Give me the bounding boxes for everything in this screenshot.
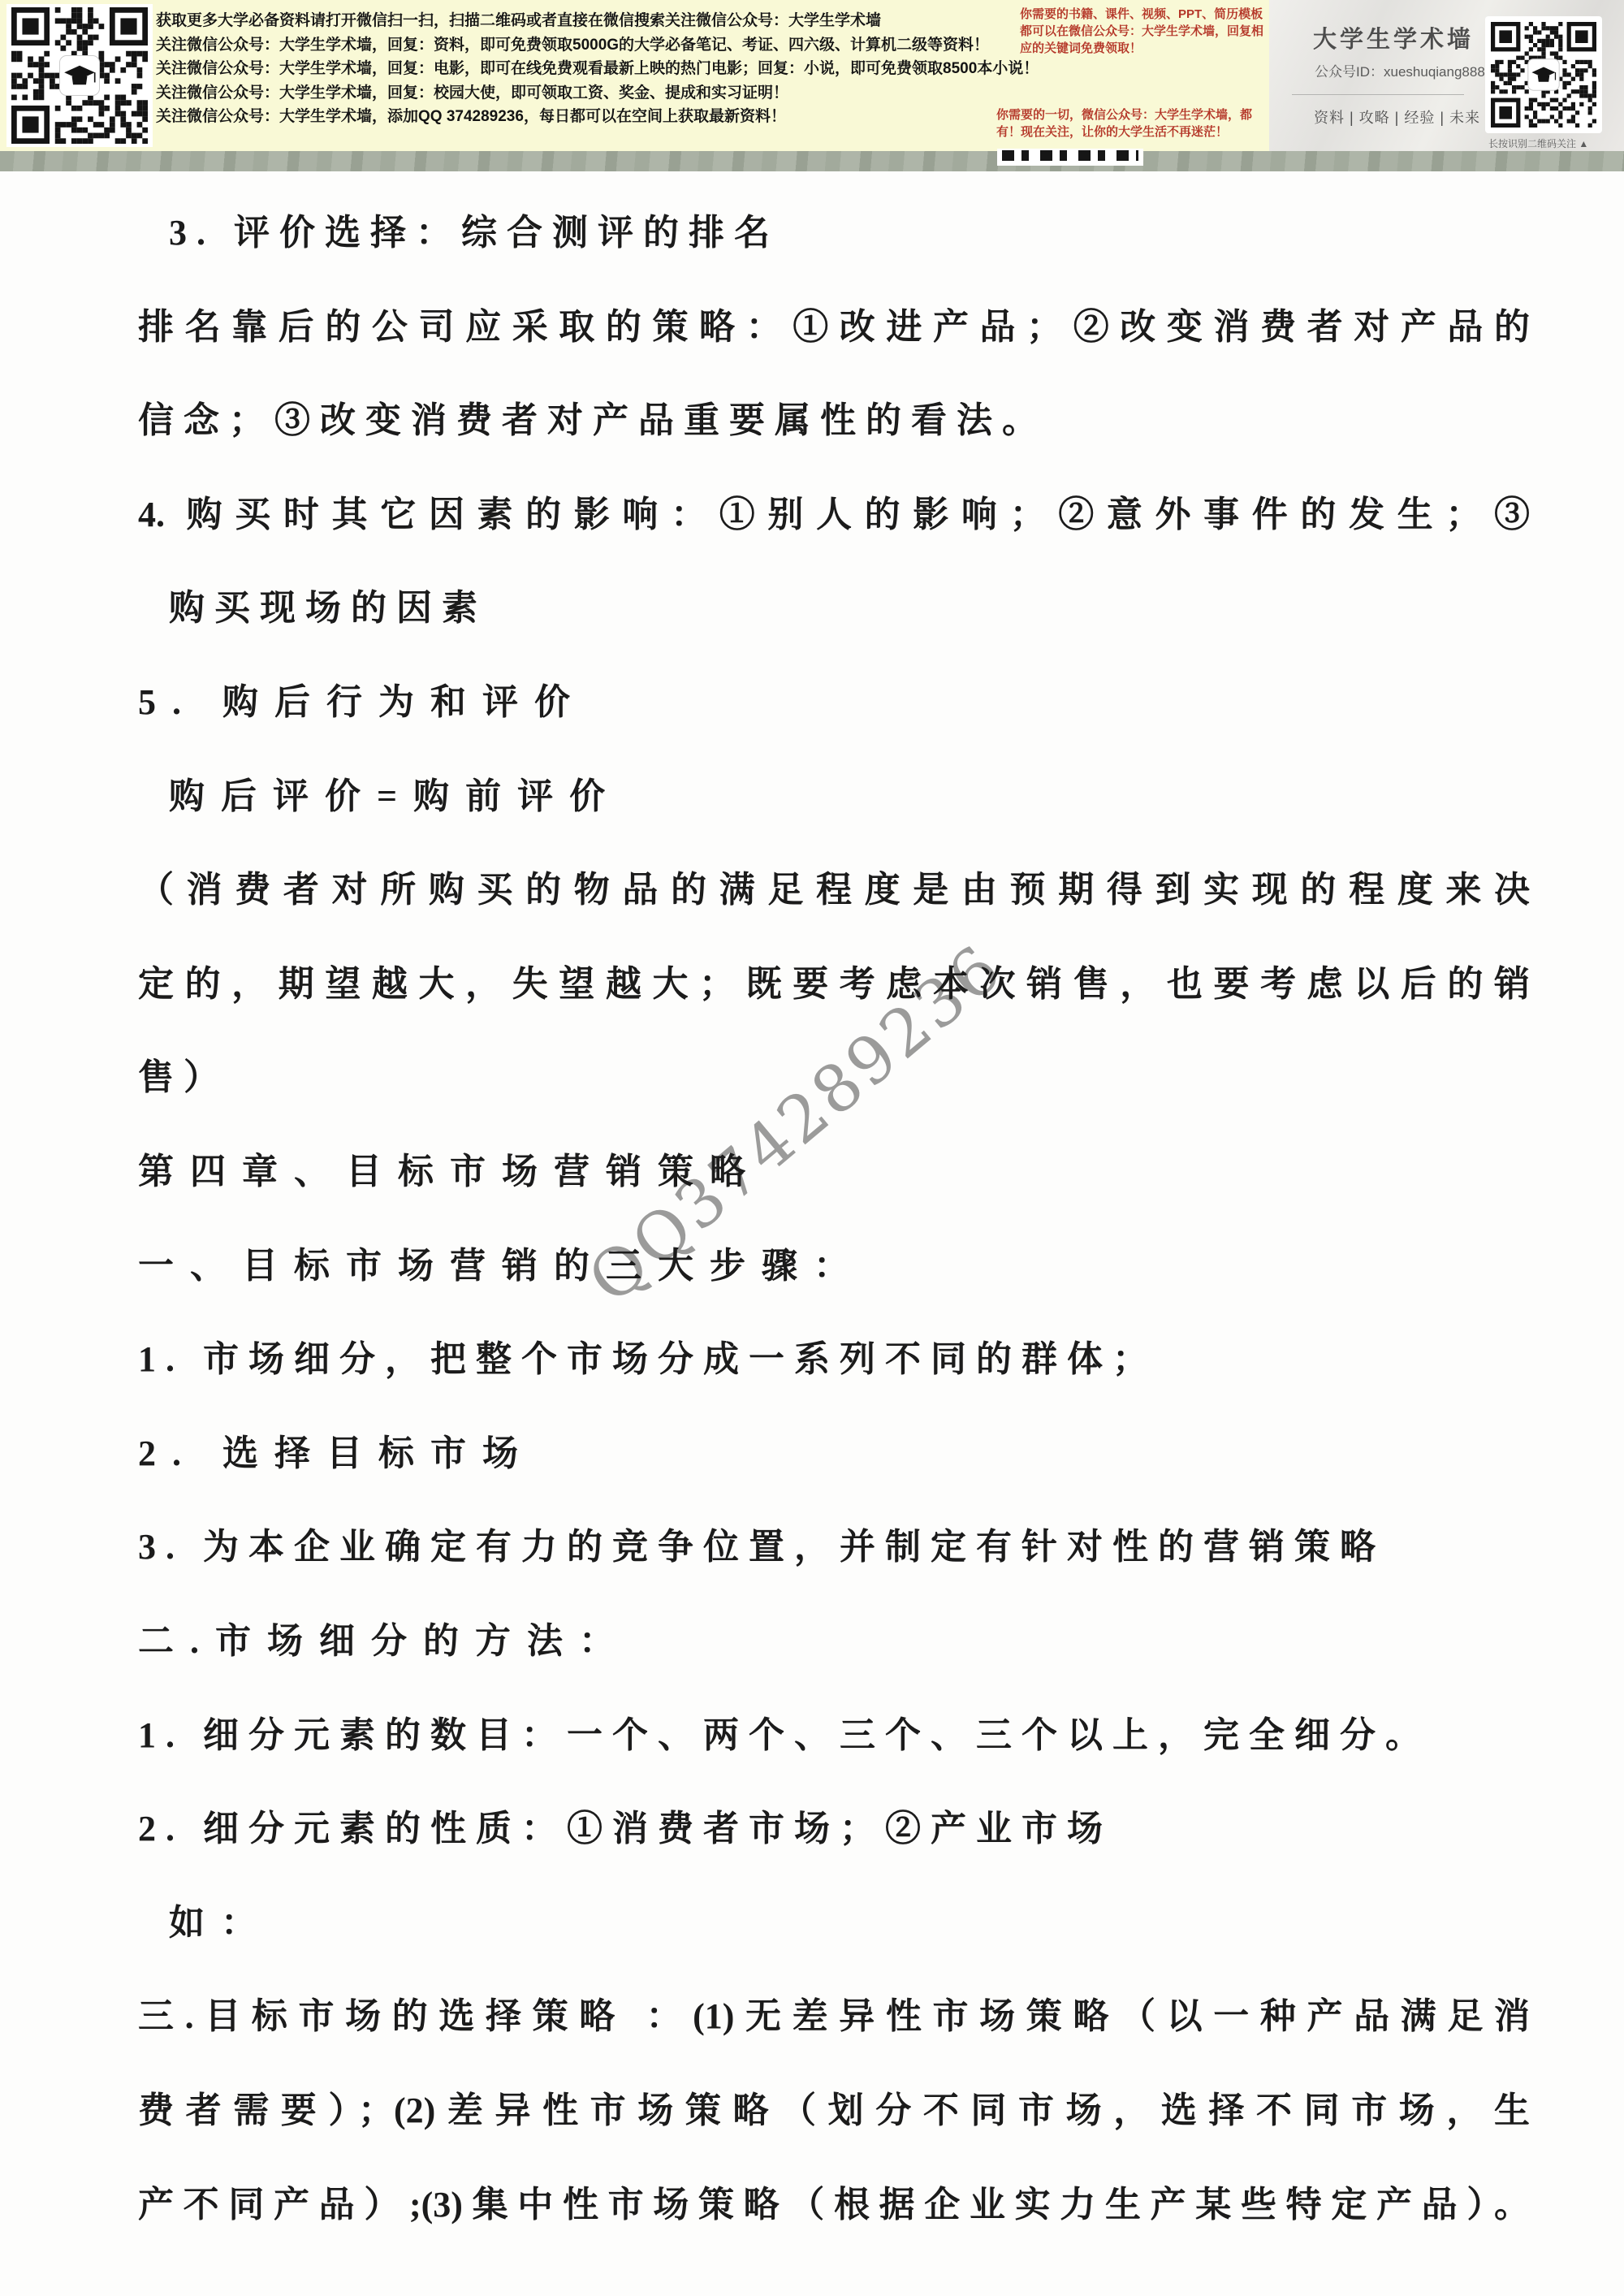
clipped-text-fragment <box>997 149 1143 166</box>
card-account-id: 公众号ID：xueshuqiang8888 <box>1315 60 1492 80</box>
wechat-account-card: 大学生学术墙 公众号ID：xueshuqiang8888 资料 | 攻略 | 经… <box>1269 0 1624 151</box>
qr-pattern <box>1491 22 1596 128</box>
document-line: 5. 购后行为和评价 <box>138 679 586 726</box>
document-line: 1. 细分元素的数目：一个、两个、三个、三个以上，完全细分。 <box>138 1712 1431 1759</box>
document-line: 2. 选择目标市场 <box>138 1430 534 1477</box>
document-line: 信念；③改变消费者对产品重要属性的看法。 <box>138 397 1047 444</box>
document-line: 4. 购买时其它因素的影响：①别人的影响；②意外事件的发生；③ <box>138 491 1530 538</box>
document-line: 三.目标市场的选择策略 ：(1)无差异性市场策略（以一种产品满足消 <box>138 1993 1530 2040</box>
document-line: 售） <box>138 1054 229 1101</box>
card-tagline: 资料 | 攻略 | 经验 | 未来 <box>1314 106 1480 128</box>
document-line: 费者需要）；(2)差异性市场策略（划分不同市场，选择不同市场，生 <box>138 2087 1530 2134</box>
banner-red-note-1: 你需要的书籍、课件、视频、PPT、简历模板都可以在微信公众号：大学生学术墙，回复… <box>1020 6 1273 57</box>
document-line: （消费者对所购买的物品的满足程度是由预期得到实现的程度来决 <box>138 867 1530 914</box>
qr-pattern <box>11 7 148 144</box>
document-line: 第四章、目标市场营销策略 <box>138 1148 762 1196</box>
clipped-glyphs <box>1002 150 1138 161</box>
card-title: 大学生学术墙 <box>1313 21 1474 54</box>
document-line: 3. 为本企业确定有力的竞争位置，并制定有针对性的营销策略 <box>138 1524 1385 1571</box>
document-line: 一、目标市场营销的三大步骤： <box>138 1243 866 1290</box>
card-divider <box>1292 94 1464 95</box>
document-line: 如： <box>169 1900 273 1947</box>
document-line: 定的，期望越大，失望越大；既要考虑本次销售，也要考虑以后的销 <box>138 961 1530 1008</box>
qr-caption: 长按识别二维码关注 ▲ <box>1488 136 1610 150</box>
document-line: 排名靠后的公司应采取的策略：①改进产品；②改变消费者对产品的 <box>138 304 1530 351</box>
document-line: 2. 细分元素的性质：①消费者市场；②产业市场 <box>138 1805 1112 1853</box>
document-line: 购后评价=购前评价 <box>169 773 621 820</box>
qr-code-left <box>6 4 153 147</box>
scanned-document-page: 获取更多大学必备资料请打开微信扫一扫，扫描二维码或者直接在微信搜索关注微信公众号… <box>0 0 1624 2296</box>
qr-code-right <box>1485 16 1602 133</box>
document-line: 购买现场的因素 <box>169 585 487 632</box>
promo-banner: 获取更多大学必备资料请打开微信扫一扫，扫描二维码或者直接在微信搜索关注微信公众号… <box>0 0 1269 151</box>
banner-line: 关注微信公众号：大学生学术墙，回复：电影，即可在线免费观看最新上映的热门电影；回… <box>156 57 1260 81</box>
document-line: 3. 评价选择：综合测评的排名 <box>169 210 780 257</box>
banner-red-note-2: 你需要的一切，微信公众号：大学生学术墙，都有！现在关注，让你的大学生活不再迷茫！ <box>996 106 1276 141</box>
document-line: 二.市场细分的方法： <box>138 1618 631 1665</box>
scan-strip <box>0 151 1624 171</box>
banner-line: 关注微信公众号：大学生学术墙，回复：校园大使，即可领取工资、奖金、提成和实习证明… <box>156 81 1260 106</box>
document-line: 1. 市场细分，把整个市场分成一系列不同的群体； <box>138 1336 1158 1383</box>
document-line: 产不同产品）;(3)集中性市场策略（根据企业实力生产某些特定产品）。 <box>138 2181 1530 2229</box>
